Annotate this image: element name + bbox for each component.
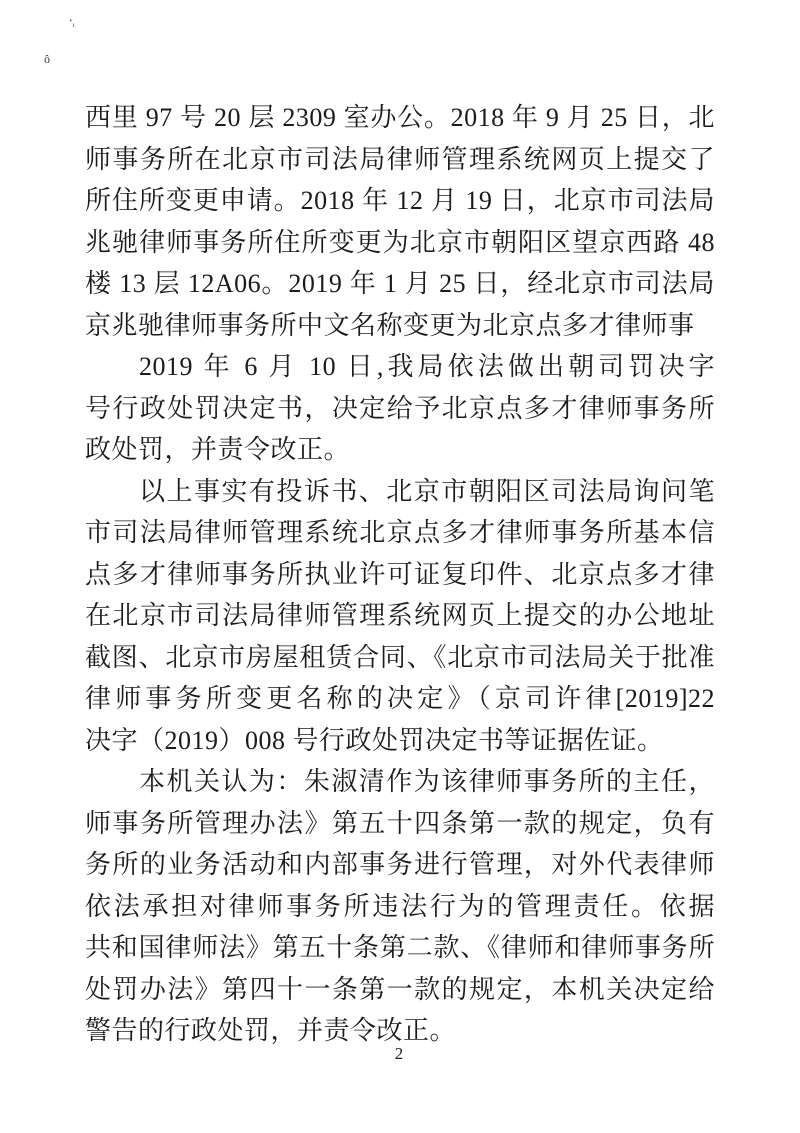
text-line: 以上事实有投诉书、北京市朝阳区司法局询问笔录、北京 [85,471,715,513]
text-line: 2019 年 6 月 10 日,我局依法做出朝司罚决字（2019）008 [85,346,715,388]
text-line: 市司法局律师管理系统北京点多才律师事务所基本信息、北京 [85,512,715,554]
text-line: 依法承担对律师事务所违法行为的管理责任。依据《中华人民 [85,886,715,928]
text-line: 在北京市司法局律师管理系统网页上提交的办公地址变更申请 [85,595,715,637]
text-line: 截图、北京市房屋租赁合同、《北京市司法局关于批准北京兆驰 [85,637,715,679]
text-line: 师事务所在北京市司法局律师管理系统网页上提交了律师事务 [85,139,715,181]
text-line: 师事务所管理办法》第五十四条第一款的规定，负有对律师事 [85,803,715,845]
document-page: ʻᵢ ô 西里 97 号 20 层 2309 室办公。2018 年 9 月 25… [0,0,800,1133]
text-line: 本机关认为：朱淑清作为该律师事务所的主任，依据《律 [85,761,715,803]
text-line: 共和国律师法》第五十条第二款、《律师和律师事务所违法行为 [85,927,715,969]
document-body: 西里 97 号 20 层 2309 室办公。2018 年 9 月 25 日，北京… [85,97,715,1052]
text-line: 京兆驰律师事务所中文名称变更为北京点多才律师事务所。 [85,305,715,347]
text-line: 楼 13 层 12A06。2019 年 1 月 25 日，经北京市司法局批准：北 [85,263,715,305]
text-line: 处罚办法》第四十一条第一款的规定，本机关决定给予朱淑清 [85,969,715,1011]
text-line: 所住所变更申请。2018 年 12 月 19 日，北京市司法局批准北京 [85,180,715,222]
scan-artifact: ô [44,54,50,65]
text-line: 西里 97 号 20 层 2309 室办公。2018 年 9 月 25 日，北京… [85,97,715,139]
text-line: 政处罚，并责令改正。 [85,429,715,471]
text-line: 务所的业务活动和内部事务进行管理，对外代表律师事务所， [85,844,715,886]
text-line: 兆驰律师事务所住所变更为北京市朝阳区望京西路 48 号院 5 号 [85,222,715,264]
page-number: 2 [0,1044,798,1064]
text-line: 号行政处罚决定书，决定给予北京点多才律师事务所警告的行 [85,388,715,430]
text-line: 决字（2019）008 号行政处罚决定书等证据佐证。 [85,720,715,762]
text-line: 点多才律师事务所执业许可证复印件、北京点多才律师事务所 [85,554,715,596]
scan-artifact: ʻᵢ [69,18,74,29]
text-line: 律师事务所变更名称的决定》（京司许律[2019]22 号）、朝司罚 [85,678,715,720]
